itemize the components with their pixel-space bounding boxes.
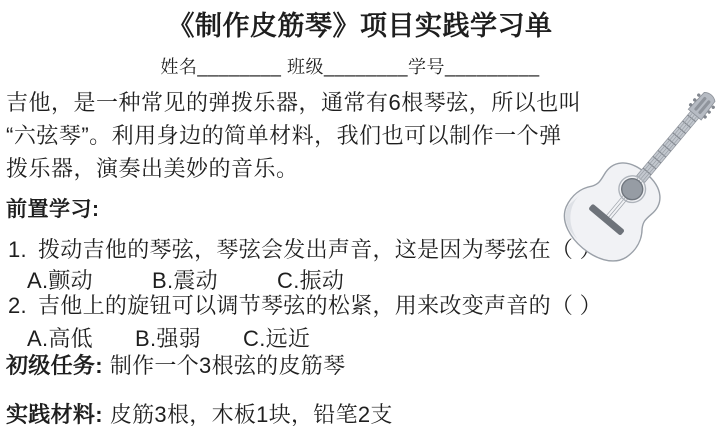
primary-task-label: 初级任务: (6, 353, 103, 378)
intro-line: 拨乐器，演奏出美妙的音乐。 (6, 152, 606, 185)
question-2: 2.吉他上的旋钮可以调节琴弦的松紧，用来改变声音的（ ） (8, 289, 608, 320)
primary-task-line: 初级任务:制作一个3根弦的皮筋琴 (6, 349, 606, 380)
page-title: 《制作皮筋琴》项目实践学习单 (0, 4, 720, 43)
question-2-text: 吉他上的旋钮可以调节琴弦的松紧，用来改变声音的（ ） (38, 293, 602, 318)
question-1-text: 拨动吉他的琴弦，琴弦会发出声音，这是因为琴弦在（ ） (38, 237, 602, 262)
classical-guitar-sketch-icon (558, 84, 720, 284)
prep-study-heading: 前置学习: (6, 193, 100, 223)
intro-paragraph: 吉他，是一种常见的弹拨乐器，通常有6根琴弦，所以也叫 “六弦琴”。利用身边的简单… (6, 86, 606, 185)
question-1-number: 1. (8, 237, 38, 263)
intro-line: 吉他，是一种常见的弹拨乐器，通常有6根琴弦，所以也叫 (6, 86, 606, 119)
worksheet-page: 《制作皮筋琴》项目实践学习单 姓名________ 班级________学号__… (0, 0, 720, 426)
materials-text: 皮筋3根，木板1块，铅笔2支 (110, 402, 393, 426)
question-1: 1.拨动吉他的琴弦，琴弦会发出声音，这是因为琴弦在（ ） (8, 233, 608, 264)
primary-task-text: 制作一个3根弦的皮筋琴 (110, 353, 346, 378)
name-class-id-blanks: 姓名________ 班级________学号_________ (0, 53, 700, 79)
materials-line: 实践材料:皮筋3根，木板1块，铅笔2支 (6, 398, 606, 426)
materials-label: 实践材料: (6, 402, 103, 426)
question-2-number: 2. (8, 293, 38, 319)
guitar-illustration (558, 84, 720, 284)
intro-line: “六弦琴”。利用身边的简单材料，我们也可以制作一个弹 (6, 119, 606, 152)
